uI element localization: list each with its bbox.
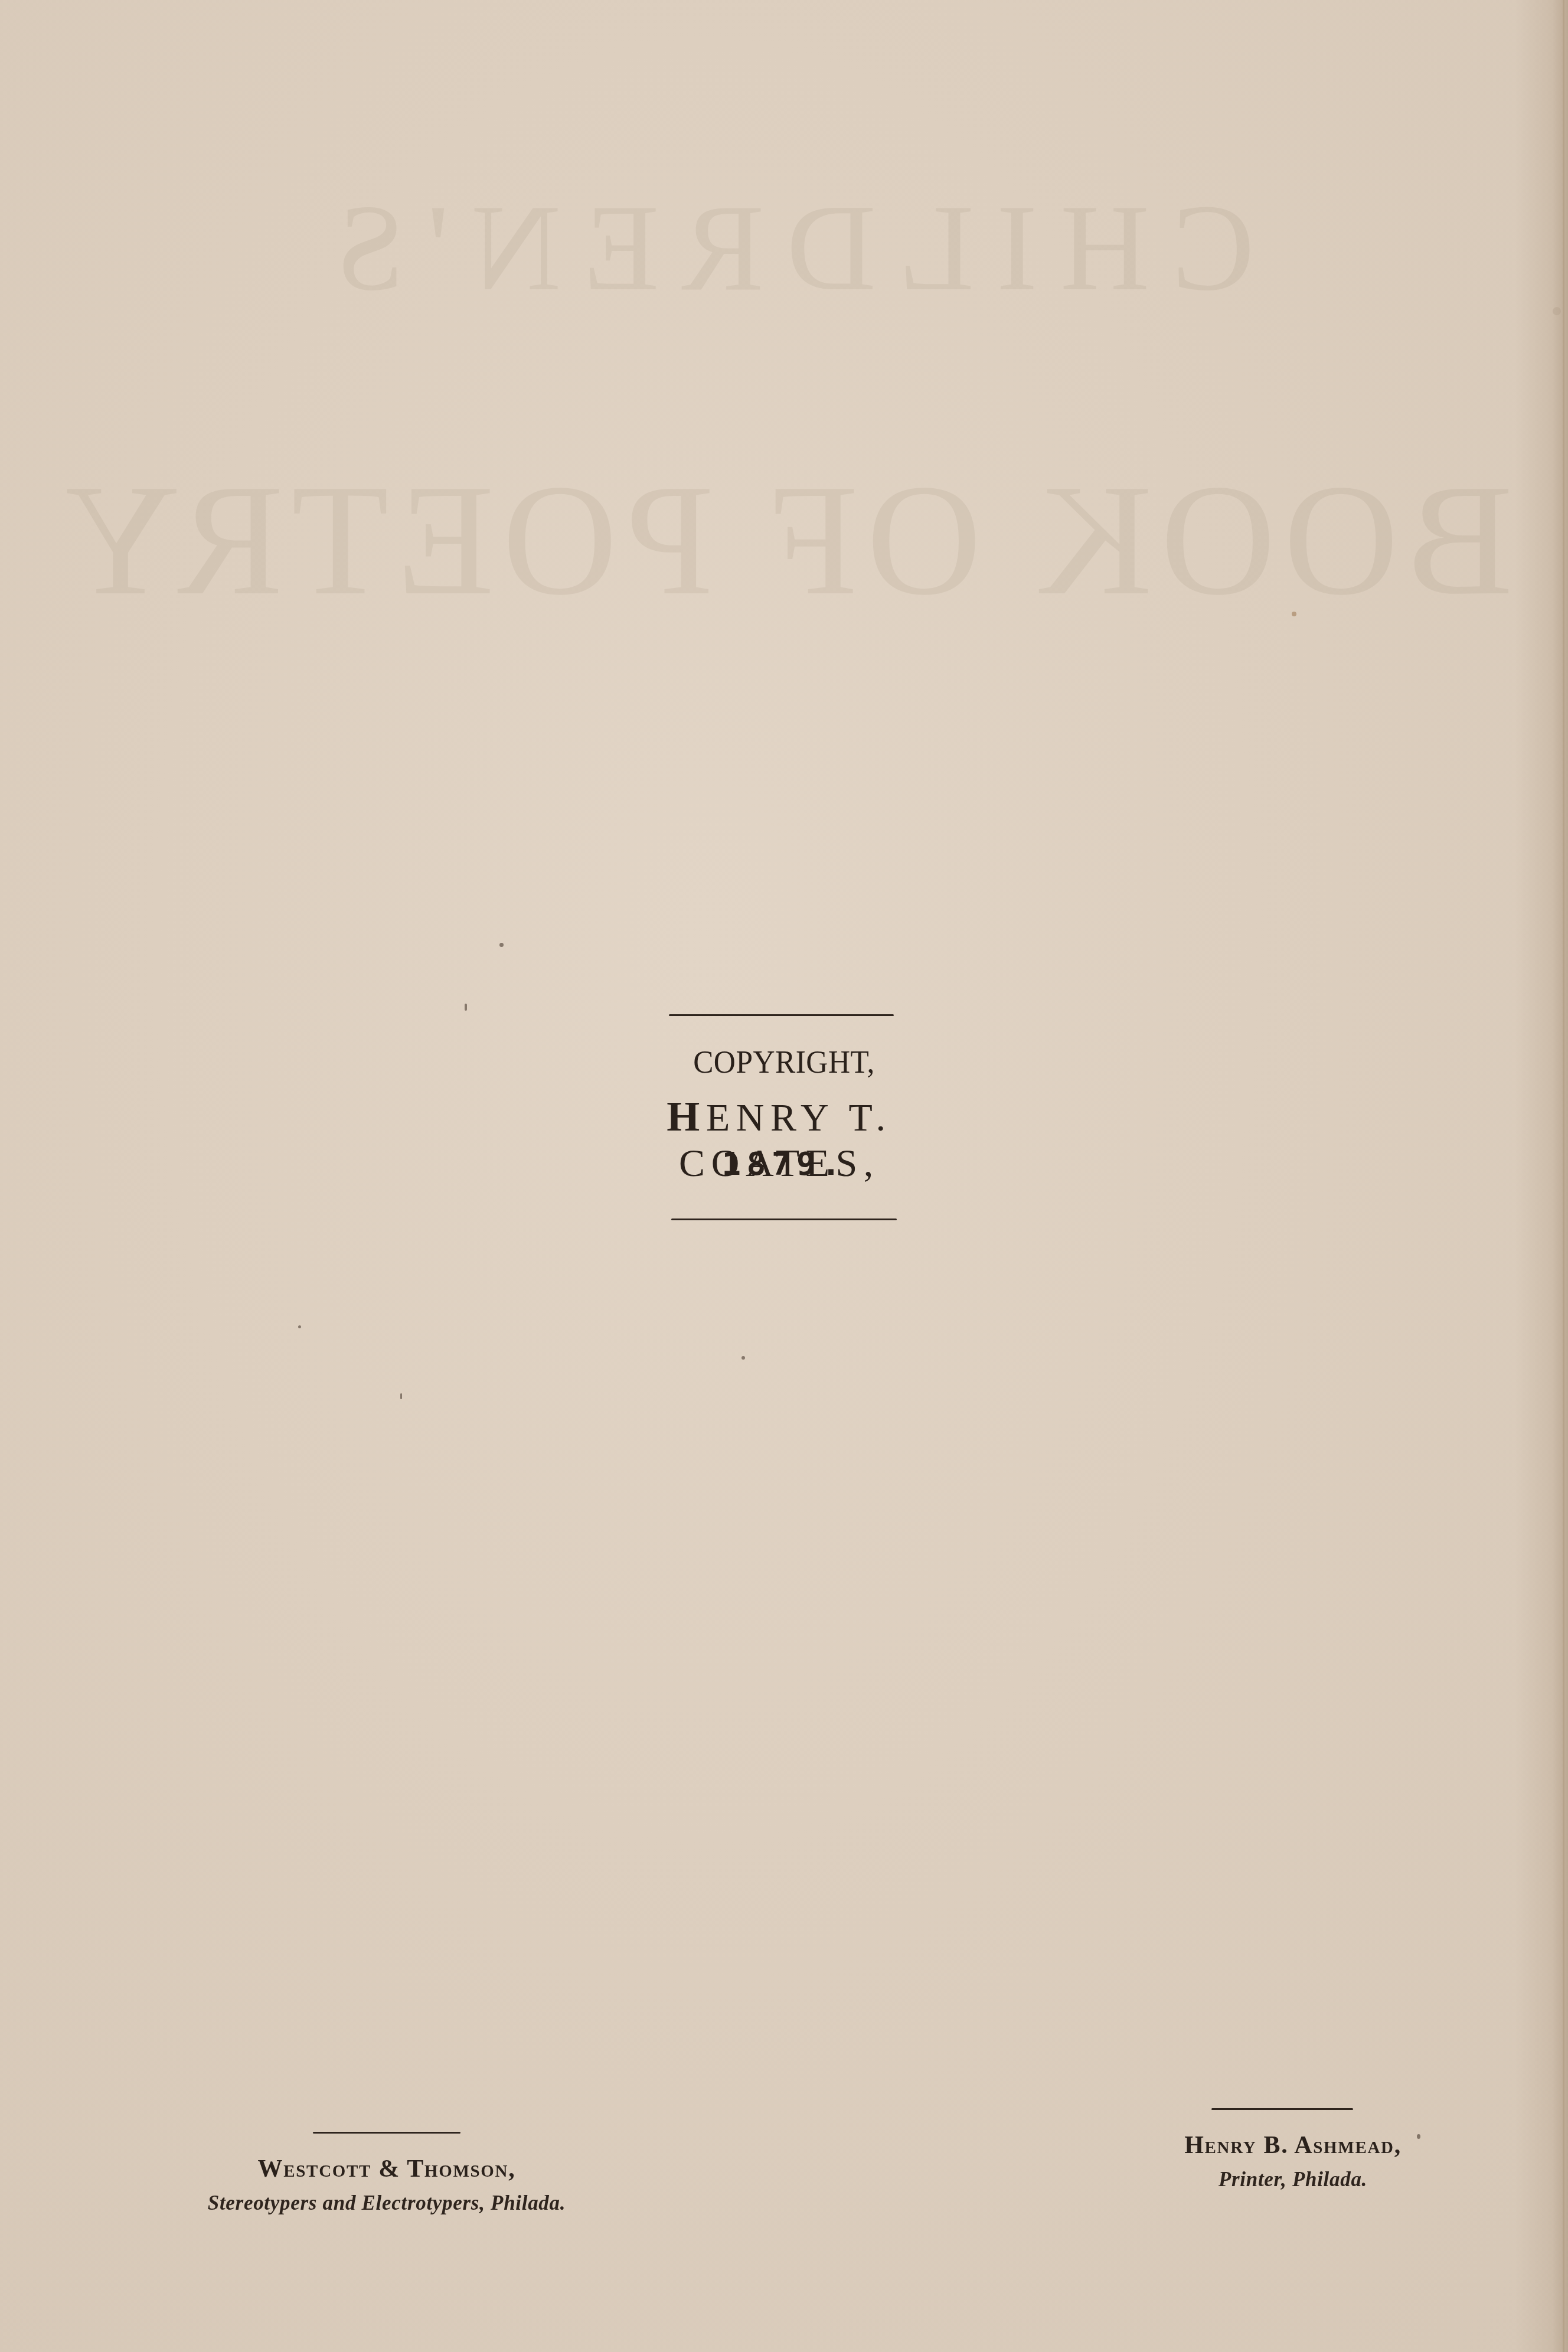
paper-speck: [298, 1325, 301, 1328]
copyright-label: COPYRIGHT,: [39, 1044, 1528, 1080]
stereotyper-role: Stereotypers and Electrotypers, Philada.: [159, 2191, 614, 2215]
printer-imprint: Henry B. Ashmead, Printer, Philada.: [1145, 2131, 1440, 2191]
paper-speck: [499, 943, 504, 947]
paper-speck: [741, 1356, 745, 1360]
printer-rule-divider: [1211, 2108, 1353, 2110]
stereotyper-name: Westcott & Thomson,: [159, 2155, 614, 2183]
paper-speck: [465, 1004, 467, 1011]
printer-name: Henry B. Ashmead,: [1145, 2131, 1440, 2160]
stereotyper-rule-divider: [313, 2132, 460, 2134]
top-rule-divider: [669, 1014, 894, 1016]
paper-speck: [1417, 2134, 1420, 2139]
page-edge-shadow: [1515, 0, 1568, 2352]
book-page: CHILDREN'S BOOK OF POETRY COPYRIGHT, HEN…: [0, 0, 1568, 2352]
copyright-holder-initial: H: [667, 1093, 706, 1140]
show-through-text: CHILDREN'S: [0, 177, 1568, 319]
show-through-text: BOOK OF POETRY: [0, 449, 1568, 632]
printer-role: Printer, Philada.: [1145, 2168, 1440, 2191]
copyright-year: 1879.: [0, 1145, 1568, 1182]
bottom-rule-divider: [671, 1219, 897, 1220]
stereotyper-imprint: Westcott & Thomson, Stereotypers and Ele…: [159, 2155, 614, 2215]
paper-speck: [1292, 612, 1296, 616]
page-edge-line: [1563, 0, 1564, 2352]
paper-speck: [400, 1393, 402, 1399]
